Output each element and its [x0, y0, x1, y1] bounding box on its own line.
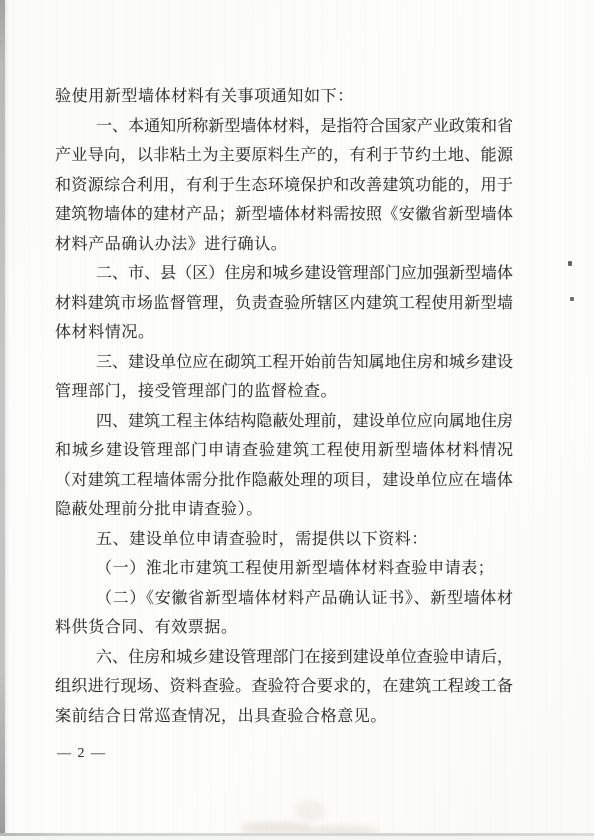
document-line: 和资源综合利用，有利于生态环境保护和改善建筑功能的，用于 [55, 171, 513, 201]
document-line: 隐蔽处理前分批申请查验）。 [55, 495, 513, 525]
document-line: （对建筑工程墙体需分批作隐蔽处理的项目，建设单位应在墙体 [55, 466, 513, 496]
document-line: 二、市、县（区）住房和城乡建设管理部门应加强新型墙体 [55, 259, 513, 289]
scan-smudge [295, 800, 325, 822]
scanned-page: 验使用新型墙体材料有关事项通知如下：一、本通知所称新型墙体材料，是指符合国家产业… [0, 0, 594, 840]
document-line: 验使用新型墙体材料有关事项通知如下： [55, 82, 513, 112]
document-line: 建筑物墙体的建材产品；新型墙体材料需按照《安徽省新型墙体 [55, 200, 513, 230]
scan-edge-shadow-left [0, 0, 5, 840]
document-line: 四、建筑工程主体结构隐蔽处理前，建设单位应向属地住房 [55, 407, 513, 437]
document-line: 组织进行现场、资料查验。查验符合要求的，在建筑工程竣工备 [55, 672, 513, 702]
document-line: （二）《安徽省新型墙体材料产品确认证书》、新型墙体材 [55, 584, 513, 614]
ink-speck [568, 261, 572, 266]
ink-speck [570, 297, 574, 301]
document-line: 五、建设单位申请查验时，需提供以下资料： [55, 525, 513, 555]
document-line: 产业导向，以非粘土为主要原料生产的，有利于节约土地、能源 [55, 141, 513, 171]
document-line: （一）淮北市建筑工程使用新型墙体材料查验申请表； [55, 554, 513, 584]
document-body: 验使用新型墙体材料有关事项通知如下：一、本通知所称新型墙体材料，是指符合国家产业… [55, 82, 513, 731]
document-line: 材料产品确认办法》进行确认。 [55, 230, 513, 260]
document-line: 管理部门，接受管理部门的监督检查。 [55, 377, 513, 407]
document-line: 一、本通知所称新型墙体材料，是指符合国家产业政策和省 [55, 112, 513, 142]
document-line: 材料建筑市场监督管理，负责查验所辖区内建筑工程使用新型墙 [55, 289, 513, 319]
document-line: 三、建设单位应在砌筑工程开始前告知属地住房和城乡建设 [55, 348, 513, 378]
document-line: 六、住房和城乡建设管理部门在接到建设单位查验申请后， [55, 643, 513, 673]
document-line: 料供货合同、有效票据。 [55, 613, 513, 643]
document-line: 体材料情况。 [55, 318, 513, 348]
page-number: — 2 — [57, 746, 107, 762]
document-line: 和城乡建设管理部门申请查验建筑工程使用新型墙体材料情况 [55, 436, 513, 466]
document-line: 案前结合日常巡查情况，出具查验合格意见。 [55, 702, 513, 732]
scan-edge-bottom-margin [0, 836, 594, 840]
scan-edge-line-bottom [0, 833, 594, 836]
